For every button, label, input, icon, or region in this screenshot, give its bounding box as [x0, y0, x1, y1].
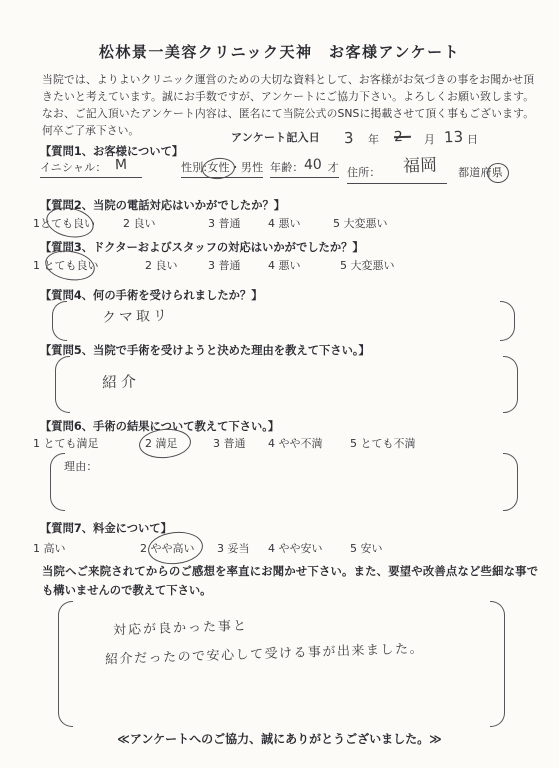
q4-answer-handwritten: クマ取リ [102, 305, 171, 327]
q6-option-5: 5 とても不満 [350, 435, 416, 451]
q6-option-2-label: 2 満足 [145, 437, 178, 450]
age-value-handwritten: 40 [303, 157, 321, 174]
q6-options-row: 1 とても満足 2 満足 3 普通 4 やや不満 5 とても不満 [33, 435, 416, 451]
comment-bracket-left [58, 601, 73, 727]
q3-option-3: 3 普通 [208, 257, 268, 273]
initial-value-handwritten: M [114, 157, 127, 173]
q6-reason-bracket-left [50, 453, 65, 511]
q7-option-5: 5 安い [350, 540, 383, 556]
q3-option-1: 1 とても良い [33, 257, 145, 273]
q3-option-1-label: 1 とても良い [33, 259, 99, 272]
gender-label: 性別: [181, 161, 207, 174]
comment-prompt: 当院へご来院されてからのご感想を率直にお聞かせ下さい。また、要望や改善点など些細… [42, 562, 538, 600]
date-label: アンケート記入日 [231, 129, 320, 145]
address-field: 住所：福岡 都道府県 [347, 156, 503, 184]
gender-separator: ・ [230, 161, 241, 174]
q7-option-1: 1 高い [33, 540, 140, 556]
q2-heading: 【質問2、当院の電話対応はいかがでしたか？】 [40, 197, 285, 213]
date-day-unit: 日 [467, 131, 478, 147]
q6-option-3: 3 普通 [213, 435, 268, 451]
q2-options-row: 1とても良い 2 良い 3 普通 4 悪い 5 大変悪い [33, 215, 388, 231]
address-ken-label: 県 [492, 166, 503, 179]
q4-answer-bracket-right [500, 301, 515, 341]
gender-field: 性別:女性・男性 [181, 156, 263, 178]
gender-underline: 性別:女性・男性 [181, 156, 263, 178]
age-underline: 年齢：40才 [270, 156, 339, 178]
q2-option-2: 2 良い [123, 215, 208, 231]
age-field: 年齢：40才 [270, 156, 339, 178]
footer-thanks: ≪アンケートへのご協力、誠にありがとうございました。≫ [0, 730, 559, 747]
q5-answer-bracket-left [55, 356, 70, 413]
q1-fields-row: イニシャル：M [40, 156, 142, 176]
q7-option-2: 2 やや高い [140, 540, 217, 556]
q3-option-4: 4 悪い [268, 257, 340, 273]
q4-heading: 【質問4、何の手術を受けられましたか？】 [40, 287, 263, 303]
q6-reason-bracket-right [503, 453, 518, 511]
age-label: 年齢： [270, 161, 304, 174]
q3-option-5: 5 大変悪い [340, 257, 395, 273]
q7-options-row: 1 高い 2 やや高い 3 妥当 4 やや安い 5 安い [33, 540, 383, 556]
gender-option-male: 男性 [241, 161, 263, 174]
gender-female-label: 女性 [207, 161, 229, 174]
address-suffix: 都道府県 [458, 166, 503, 179]
q2-option-1-label: 1とても良い [33, 217, 95, 230]
initial-field: イニシャル：M [40, 156, 142, 178]
comment-line1-handwritten: 対応が良かった事と [113, 615, 249, 639]
survey-form-scan: 松林景一美容クリニック天神 お客様アンケート 当院では、よりよいクリニック運営の… [0, 0, 559, 768]
q2-option-4: 4 悪い [268, 215, 333, 231]
address-suffix-text: 都道府 [458, 166, 492, 179]
q6-heading: 【質問6、手術の結果について教えて下さい。】 [40, 418, 279, 434]
q7-option-3: 3 妥当 [217, 540, 268, 556]
form-title: 松林景一美容クリニック天神 お客様アンケート [0, 41, 559, 62]
q3-option-2: 2 良い [145, 257, 208, 273]
initial-label: イニシャル： [40, 161, 107, 174]
q5-answer-handwritten: 紹介 [102, 370, 141, 392]
q5-heading: 【質問5、当院で手術を受けようと決めた理由を教えて下さい。】 [40, 342, 370, 358]
q6-reason-label: 理由： [64, 458, 98, 474]
q6-option-4: 4 やや不満 [268, 435, 350, 451]
comment-bracket-right [490, 601, 505, 727]
date-month-handwritten-scribbled: 2 [394, 129, 411, 146]
q6-option-2: 2 満足 [145, 435, 213, 451]
q4-answer-bracket-left [52, 301, 67, 341]
q7-option-4: 4 やや安い [268, 540, 350, 556]
address-value-handwritten: 福岡 [402, 150, 437, 176]
address-suffix-ken: 県 [492, 166, 503, 179]
q2-option-1: 1とても良い [33, 215, 123, 231]
q7-option-2-label: 2 やや高い [140, 542, 195, 555]
q3-heading: 【質問3、ドクターおよびスタッフの対応はいかがでしたか？】 [40, 239, 364, 255]
q6-option-1: 1 とても満足 [33, 435, 145, 451]
q7-heading: 【質問7、料金について】 [40, 520, 172, 536]
q2-option-3: 3 普通 [208, 215, 268, 231]
comment-line2-handwritten: 紹介だったので安心して受ける事が出来ました。 [105, 637, 424, 667]
q5-answer-bracket-right [503, 356, 518, 413]
date-year-handwritten: 3 [344, 129, 354, 147]
gender-option-female: 女性 [207, 161, 229, 174]
date-year-unit: 年 [368, 131, 379, 147]
q3-options-row: 1 とても良い 2 良い 3 普通 4 悪い 5 大変悪い [33, 257, 395, 273]
age-unit: 才 [327, 161, 338, 174]
date-day-handwritten: 13 [444, 128, 464, 147]
address-label: 住所： [347, 166, 381, 179]
q2-option-5: 5 大変悪い [333, 215, 388, 231]
date-month-unit: 月 [424, 131, 435, 147]
address-underline: 住所：福岡 [347, 156, 447, 184]
